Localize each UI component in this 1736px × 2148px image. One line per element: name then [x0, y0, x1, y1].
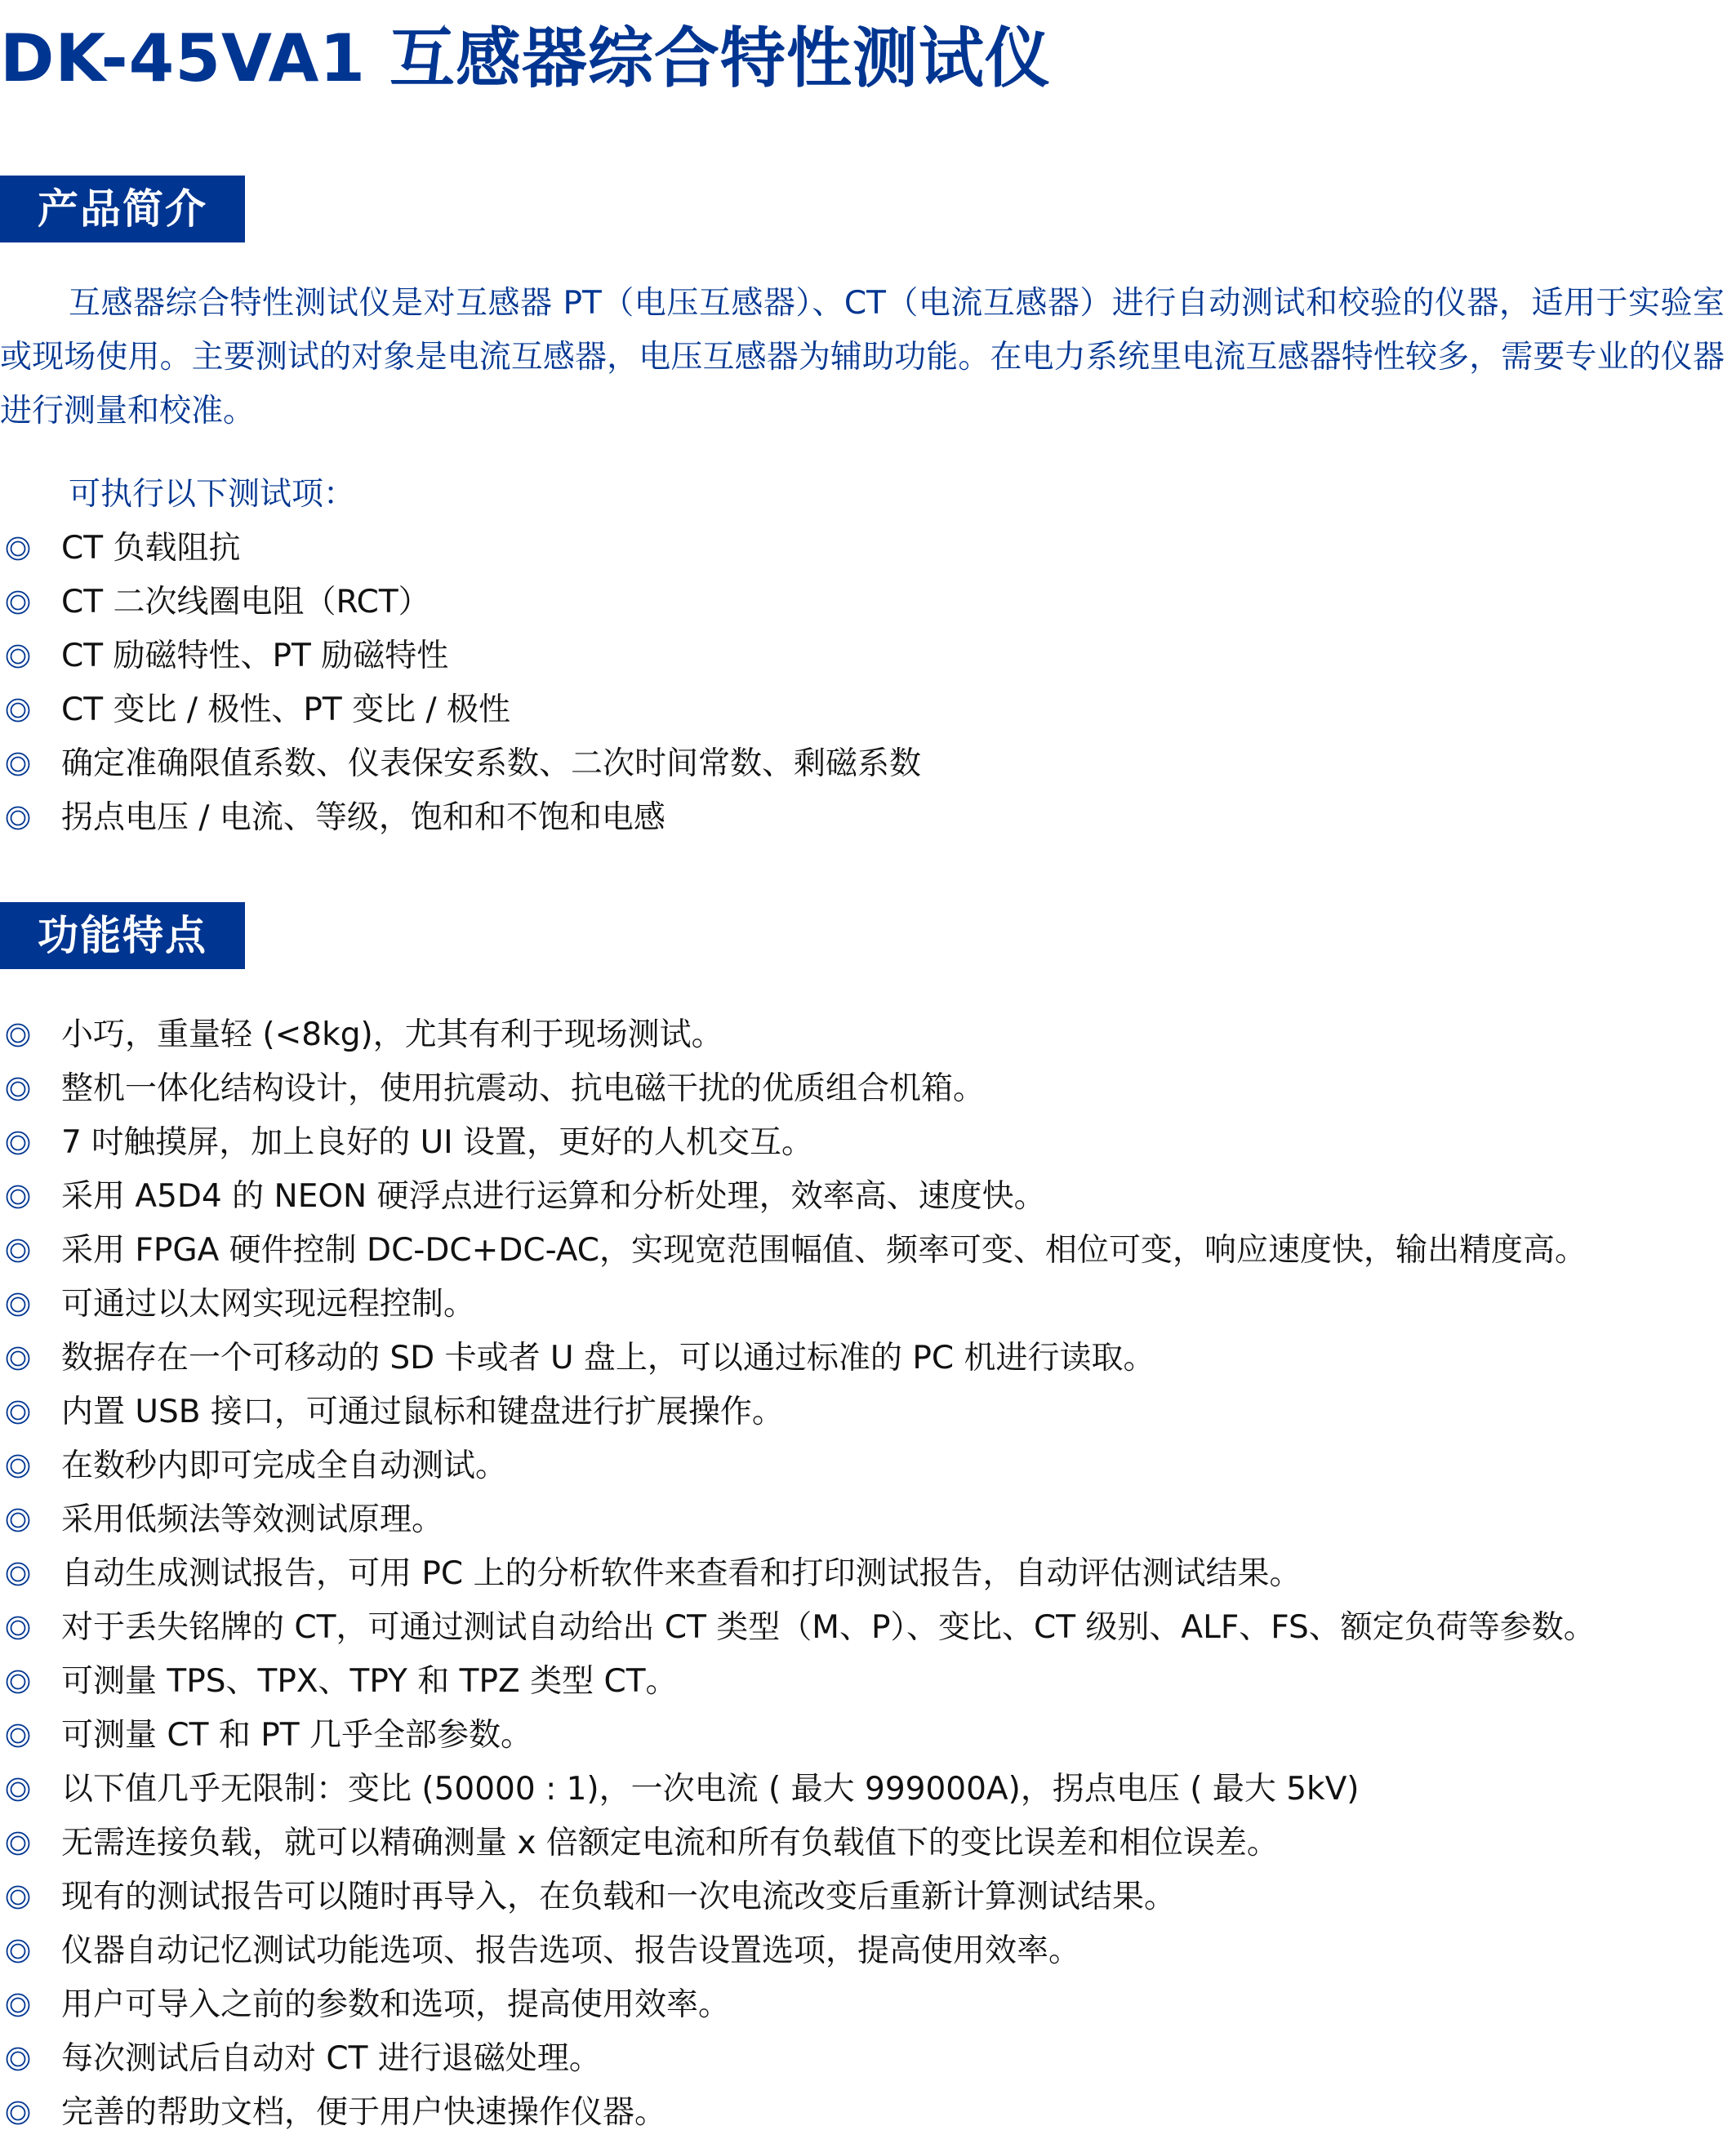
double-circle-icon — [6, 698, 30, 723]
feature-item-text: 采用 FPGA 硬件控制 DC-DC+DC-AC，实现宽范围幅值、频率可变、相位… — [61, 1224, 1587, 1278]
feature-item-text: 现有的测试报告可以随时再导入，在负载和一次电流改变后重新计算测试结果。 — [61, 1870, 1176, 1924]
double-circle-icon — [6, 1993, 30, 2017]
feature-item-text: 小巧，重量轻 (<8kg)，尤其有利于现场测试。 — [61, 1008, 723, 1062]
double-circle-icon — [6, 1454, 30, 1479]
double-circle-icon — [6, 1185, 30, 1209]
feature-item: 小巧，重量轻 (<8kg)，尤其有利于现场测试。 — [0, 1008, 1596, 1062]
double-circle-icon — [6, 1292, 30, 1317]
feature-item-text: 自动生成测试报告，可用 PC 上的分析软件来查看和打印测试报告，自动评估测试结果… — [61, 1547, 1302, 1601]
feature-item: 对于丢失铭牌的 CT，可通过测试自动给出 CT 类型（M、P）、变比、CT 级别… — [0, 1601, 1596, 1655]
test-item: 拐点电压 / 电流、等级，饱和和不饱和电感 — [0, 791, 921, 845]
feature-item: 现有的测试报告可以随时再导入，在负载和一次电流改变后重新计算测试结果。 — [0, 1870, 1596, 1924]
double-circle-icon — [6, 752, 30, 776]
feature-item-text: 仪器自动记忆测试功能选项、报告选项、报告设置选项，提高使用效率。 — [61, 1924, 1080, 1978]
feature-item-text: 采用低频法等效测试原理。 — [61, 1493, 443, 1547]
test-items-list: CT 负载阻抗 CT 二次线圈电阻（RCT） CT 励磁特性、PT 励磁特性 C… — [0, 522, 921, 845]
double-circle-icon — [6, 1670, 30, 1694]
feature-item-text: 对于丢失铭牌的 CT，可通过测试自动给出 CT 类型（M、P）、变比、CT 级别… — [61, 1601, 1596, 1655]
feature-item: 仪器自动记忆测试功能选项、报告选项、报告设置选项，提高使用效率。 — [0, 1924, 1596, 1978]
double-circle-icon — [6, 1939, 30, 1963]
feature-item: 整机一体化结构设计，使用抗震动、抗电磁干扰的优质组合机箱。 — [0, 1062, 1596, 1116]
double-circle-icon — [6, 1831, 30, 1856]
feature-item: 采用 FPGA 硬件控制 DC-DC+DC-AC，实现宽范围幅值、频率可变、相位… — [0, 1224, 1596, 1278]
double-circle-icon — [6, 1508, 30, 1532]
double-circle-icon — [6, 644, 30, 669]
feature-items-list: 小巧，重量轻 (<8kg)，尤其有利于现场测试。 整机一体化结构设计，使用抗震动… — [0, 1008, 1596, 2140]
double-circle-icon — [6, 536, 30, 561]
feature-item-text: 可测量 CT 和 PT 几乎全部参数。 — [61, 1709, 532, 1763]
feature-item-text: 内置 USB 接口，可通过鼠标和键盘进行扩展操作。 — [61, 1385, 784, 1439]
test-item-text: CT 二次线圈电阻（RCT） — [61, 576, 430, 629]
page-title: DK-45VA1 互感器综合特性测试仪 — [0, 18, 1051, 100]
double-circle-icon — [6, 1131, 30, 1155]
feature-item: 以下值几乎无限制：变比 (50000 : 1)，一次电流 ( 最大 999000… — [0, 1763, 1596, 1817]
feature-item-text: 可通过以太网实现远程控制。 — [61, 1278, 475, 1332]
test-item-text: CT 负载阻抗 — [61, 522, 240, 576]
double-circle-icon — [6, 2047, 30, 2071]
feature-item: 自动生成测试报告，可用 PC 上的分析软件来查看和打印测试报告，自动评估测试结果… — [0, 1547, 1596, 1601]
feature-item: 在数秒内即可完成全自动测试。 — [0, 1439, 1596, 1493]
feature-item-text: 可测量 TPS、TPX、TPY 和 TPZ 类型 CT。 — [61, 1655, 678, 1709]
test-item: CT 负载阻抗 — [0, 522, 921, 576]
double-circle-icon — [6, 1077, 30, 1101]
test-item: CT 二次线圈电阻（RCT） — [0, 576, 921, 629]
feature-item: 7 吋触摸屏，加上良好的 UI 设置，更好的人机交互。 — [0, 1116, 1596, 1170]
feature-item-text: 在数秒内即可完成全自动测试。 — [61, 1439, 507, 1493]
feature-item: 无需连接负载，就可以精确测量 x 倍额定电流和所有负载值下的变比误差和相位误差。 — [0, 1817, 1596, 1870]
tests-lead-text: 可执行以下测试项： — [69, 468, 355, 522]
feature-item-text: 采用 A5D4 的 NEON 硬浮点进行运算和分析处理，效率高、速度快。 — [61, 1170, 1046, 1224]
feature-item: 数据存在一个可移动的 SD 卡或者 U 盘上，可以通过标准的 PC 机进行读取。 — [0, 1332, 1596, 1385]
double-circle-icon — [6, 1400, 30, 1425]
double-circle-icon — [6, 1023, 30, 1047]
feature-item-text: 完善的帮助文档，便于用户快速操作仪器。 — [61, 2086, 666, 2140]
test-item-text: CT 变比 / 极性、PT 变比 / 极性 — [61, 683, 510, 737]
double-circle-icon — [6, 1723, 30, 1748]
feature-item-text: 以下值几乎无限制：变比 (50000 : 1)，一次电流 ( 最大 999000… — [61, 1763, 1360, 1817]
feature-item-text: 无需连接负载，就可以精确测量 x 倍额定电流和所有负载值下的变比误差和相位误差。 — [61, 1817, 1279, 1870]
test-item: CT 励磁特性、PT 励磁特性 — [0, 629, 921, 683]
intro-paragraph: 互感器综合特性测试仪是对互感器 PT（电压互感器）、CT（电流互感器）进行自动测… — [0, 277, 1725, 438]
test-item-text: 确定准确限值系数、仪表保安系数、二次时间常数、剩磁系数 — [61, 737, 921, 791]
double-circle-icon — [6, 1239, 30, 1263]
feature-item: 每次测试后自动对 CT 进行退磁处理。 — [0, 2032, 1596, 2086]
double-circle-icon — [6, 1616, 30, 1640]
feature-item: 可测量 CT 和 PT 几乎全部参数。 — [0, 1709, 1596, 1763]
feature-item: 内置 USB 接口，可通过鼠标和键盘进行扩展操作。 — [0, 1385, 1596, 1439]
double-circle-icon — [6, 1885, 30, 1910]
feature-item-text: 7 吋触摸屏，加上良好的 UI 设置，更好的人机交互。 — [61, 1116, 813, 1170]
test-item: CT 变比 / 极性、PT 变比 / 极性 — [0, 683, 921, 737]
feature-item: 可通过以太网实现远程控制。 — [0, 1278, 1596, 1332]
feature-item-text: 用户可导入之前的参数和选项，提高使用效率。 — [61, 1978, 730, 2032]
feature-item-text: 数据存在一个可移动的 SD 卡或者 U 盘上，可以通过标准的 PC 机进行读取。 — [61, 1332, 1155, 1385]
feature-item: 采用 A5D4 的 NEON 硬浮点进行运算和分析处理，效率高、速度快。 — [0, 1170, 1596, 1224]
feature-item-text: 整机一体化结构设计，使用抗震动、抗电磁干扰的优质组合机箱。 — [61, 1062, 985, 1116]
double-circle-icon — [6, 590, 30, 615]
feature-item: 可测量 TPS、TPX、TPY 和 TPZ 类型 CT。 — [0, 1655, 1596, 1709]
feature-item: 完善的帮助文档，便于用户快速操作仪器。 — [0, 2086, 1596, 2140]
section-heading-features: 功能特点 — [0, 902, 245, 969]
feature-item: 用户可导入之前的参数和选项，提高使用效率。 — [0, 1978, 1596, 2032]
feature-item-text: 每次测试后自动对 CT 进行退磁处理。 — [61, 2032, 601, 2086]
feature-item: 采用低频法等效测试原理。 — [0, 1493, 1596, 1547]
test-item-text: CT 励磁特性、PT 励磁特性 — [61, 629, 448, 683]
test-item-text: 拐点电压 / 电流、等级，饱和和不饱和电感 — [61, 791, 665, 845]
double-circle-icon — [6, 1562, 30, 1586]
double-circle-icon — [6, 1346, 30, 1371]
double-circle-icon — [6, 1777, 30, 1802]
double-circle-icon — [6, 806, 30, 830]
double-circle-icon — [6, 2101, 30, 2125]
section-heading-intro: 产品简介 — [0, 176, 245, 242]
test-item: 确定准确限值系数、仪表保安系数、二次时间常数、剩磁系数 — [0, 737, 921, 791]
